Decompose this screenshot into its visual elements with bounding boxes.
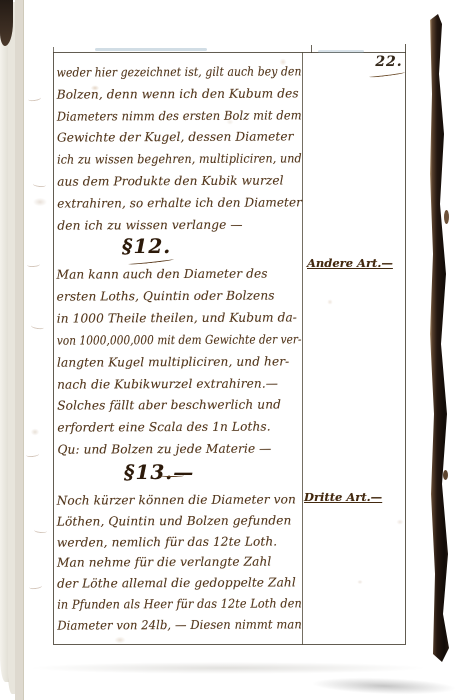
book-shadow — [30, 662, 426, 674]
manuscript-line: aus dem Produkte den Kubik wurzel — [57, 170, 302, 193]
rule-overshoot-tick — [311, 45, 312, 53]
manuscript-line: Bolzen, denn wenn ich den Kubum des — [57, 83, 302, 106]
rule-overshoot-tick — [405, 44, 406, 53]
manuscript-line: der Löthe allemal die gedoppelte Zahl — [57, 573, 302, 595]
manuscript-line: Gewichte der Kugel, dessen Diameter — [57, 127, 302, 150]
section-12-paragraph: Man kann auch den Diameter des ersten Lo… — [56, 263, 303, 461]
manuscript-line: erfordert eine Scala des 1n Loths. — [57, 417, 302, 440]
manuscript-line: Löthen, Quintin und Bolzen gefunden — [57, 510, 302, 532]
manuscript-line: nach die Kubikwurzel extrahiren.— — [57, 373, 302, 396]
manuscript-line: Noch kürzer können die Diameter von — [57, 489, 302, 511]
faint-pencil-streak — [318, 50, 364, 53]
manuscript-line: langten Kugel multipliciren, und her- — [57, 351, 302, 374]
heading-underline-flourish — [158, 474, 184, 477]
book-shadow — [312, 675, 456, 696]
edge-wear-mark — [443, 470, 448, 480]
manuscript-line: Diameters nimm des ersten Bolz mit dem — [57, 105, 289, 128]
section-heading: §12. — [122, 234, 171, 258]
rule-overshoot-tick — [53, 47, 54, 53]
manuscript-line: Solches fällt aber beschwerlich und — [57, 395, 302, 418]
edge-wear-mark — [444, 210, 449, 224]
manuscript-line: in 1000 Theile theilen, und Kubum da- — [57, 307, 302, 330]
manuscript-line: Qu: und Bolzen zu jede Materie — — [57, 439, 302, 462]
manuscript-line: ersten Loths, Quintin oder Bolzens — [57, 285, 302, 308]
manuscript-line: weder hier gezeichnet ist, gilt auch bey… — [57, 62, 275, 85]
page-number: 22. — [372, 54, 406, 70]
manuscript-line: von 1000,000,000 mit dem Gewichte der ve… — [57, 329, 269, 352]
faint-pencil-streak — [95, 48, 207, 51]
manuscript-line: ich zu wissen begehren, multipliciren, u… — [57, 149, 282, 172]
intro-paragraph: weder hier gezeichnet ist, gilt auch bey… — [57, 61, 304, 237]
manuscript-line: werden, nemlich für das 12te Loth. — [57, 531, 302, 553]
margin-note: Dritte Art.— — [304, 490, 404, 504]
manuscript-line: extrahiren, so erhalte ich den Diameter — [57, 192, 299, 215]
manuscript-line: den ich zu wissen verlange — — [57, 214, 302, 237]
margin-note: Andere Art.— — [307, 256, 407, 270]
manuscript-line: Man kann auch den Diameter des — [56, 263, 301, 286]
section-heading: §13.— — [124, 460, 194, 484]
manuscript-line: Diameter von 24lb, — Diesen nimmt man — [57, 614, 290, 636]
manuscript-line: in Pfunden als Heer für das 12te Loth de… — [57, 593, 285, 615]
manuscript-line: Man nehme für die verlangte Zahl — [57, 552, 302, 574]
manuscript-photo: 22. weder hier gezeichnet ist, gilt auch… — [0, 0, 456, 700]
section-13-paragraph: Noch kürzer können die Diameter von Löth… — [57, 489, 304, 636]
